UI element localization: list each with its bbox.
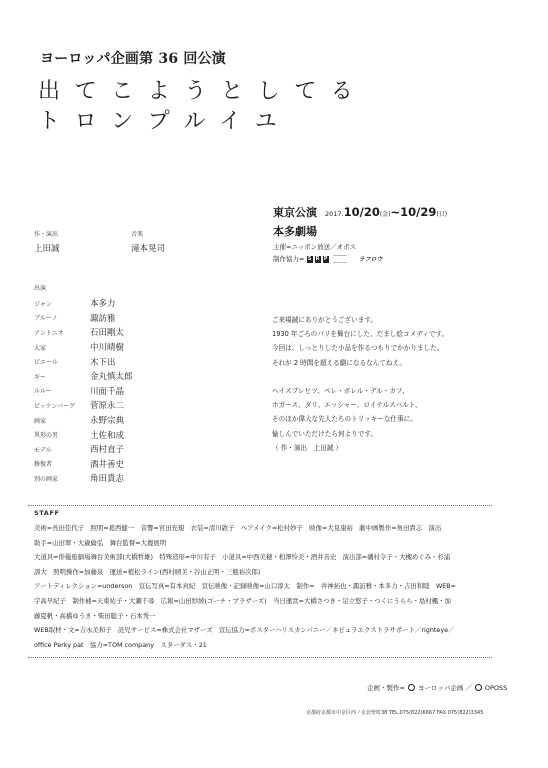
sponsor-script-logo: ラフロウ bbox=[359, 254, 383, 263]
producer-label: 企画・製作= bbox=[367, 683, 405, 692]
cast-name: 角田貴志 bbox=[90, 472, 124, 484]
cast-row: アントニオ石田剛太 bbox=[34, 325, 133, 340]
cast-row: 画家永野宗典 bbox=[34, 413, 133, 428]
cast-role: アントニオ bbox=[34, 328, 90, 337]
play-title-line-1: 出てこようとしてる bbox=[38, 74, 367, 105]
message-line: 今回は、しっとりした小品を作るつもりでかかりました。 bbox=[272, 341, 542, 355]
message-line: ヘイスブレヒツ、ペレ・ボレル・デル・カソ、 bbox=[272, 384, 542, 398]
cast-role: ピエール bbox=[34, 357, 90, 366]
cast-row: 異形の男土佐和成 bbox=[34, 427, 133, 442]
producer-separator: ／ bbox=[465, 683, 472, 692]
cast-name: 菅原永二 bbox=[90, 399, 124, 411]
cast-heading: 出演 bbox=[34, 283, 46, 292]
cooperation-label: 制作協力= bbox=[273, 255, 304, 263]
cast-row: ピエール木下出 bbox=[34, 354, 133, 369]
staff-heading: STAFF bbox=[34, 509, 60, 517]
cast-role: ブルーノ bbox=[34, 313, 90, 322]
message-line: 1930 年ごろのパリを舞台にした、だまし絵コメディです。 bbox=[272, 327, 542, 341]
start-date: 10/20 bbox=[344, 205, 380, 219]
staff-line: WEB取材・文=吉永美和子 託児サービス=株式会社マザーズ 宣伝協力=ポスターハ… bbox=[34, 623, 514, 638]
cast-name: 金丸慎太郎 bbox=[90, 370, 133, 382]
cast-list: ジャン本多力 ブルーノ諏訪雅 アントニオ石田剛太 大家中川晴樹 ピエール木下出 … bbox=[34, 296, 133, 486]
play-title-line-2: トロンプルイユ bbox=[38, 104, 291, 135]
music-label: 音楽 bbox=[131, 229, 165, 238]
europe-kikaku-logo-icon bbox=[408, 684, 415, 691]
organizer-text: 主催=ニッポン放送／オポス bbox=[273, 242, 533, 251]
message-line: 愉しんでいただけたら何よりです。 bbox=[272, 427, 542, 441]
staff-line: アートディレクション=underson 宣伝写真=有本真紀 宣伝映像・記録映像=… bbox=[34, 579, 514, 594]
staff-line: 訓大 照明操作=加藤泉 運送=植松ライン(西村晴美・谷山正明・三瓶裕次郎) bbox=[34, 565, 514, 580]
cast-row: ルルー川面千晶 bbox=[34, 384, 133, 399]
message-line: そのほか偉大な先人たちのトリッキーな仕事に。 bbox=[272, 412, 542, 426]
divider-bottom bbox=[28, 657, 492, 658]
staff-line: 藤夏帆・高橋ゆうき・柴田聡子・石本秀一 bbox=[34, 609, 514, 624]
cast-row: ギー金丸慎太郎 bbox=[34, 369, 133, 384]
cast-row: 大家中川晴樹 bbox=[34, 340, 133, 355]
divider-top bbox=[28, 505, 492, 506]
logo-letter-r: R bbox=[315, 256, 321, 263]
cast-name: 木下出 bbox=[90, 356, 116, 368]
cast-row: モデル西村直子 bbox=[34, 442, 133, 457]
director-label: 作・演出 bbox=[34, 229, 60, 238]
staff-line: 大道具=俳優座劇場舞台美術部(大橋哲雄) 特殊造形=中川有子 小道具=中西美穂・… bbox=[34, 550, 514, 565]
cast-role: ギー bbox=[34, 372, 90, 381]
producer-1: ヨーロッパ企画 bbox=[418, 683, 463, 692]
director-credit: 作・演出 上田誠 bbox=[34, 229, 60, 254]
cast-row: ピッケンバーグ菅原永二 bbox=[34, 398, 133, 413]
producer-2: OPOSS bbox=[485, 684, 507, 692]
cast-role: 別の画家 bbox=[34, 474, 90, 483]
performance-dates-row: 東京公演 2017. 10/20 (金) ~ 10/29 (日) bbox=[273, 204, 533, 220]
performance-info: 東京公演 2017. 10/20 (金) ~ 10/29 (日) 本多劇場 主催… bbox=[273, 204, 533, 263]
cast-name: 諏訪雅 bbox=[90, 312, 116, 324]
end-date: 10/29 bbox=[400, 205, 436, 219]
cast-row: 修復者酒井善史 bbox=[34, 457, 133, 472]
logo-letter-p: P bbox=[323, 256, 329, 263]
venue-name: 本多劇場 bbox=[273, 223, 533, 239]
oposs-logo-icon bbox=[475, 684, 482, 691]
staff-line: 美術=長田佳代子 照明=葛西健一 音響=宮田充規 衣装=清川敦子 ヘアメイク=松… bbox=[34, 521, 514, 536]
series-title: ヨーロッパ企画第 36 回公演 bbox=[40, 48, 226, 68]
staff-line: 宇高早紀子 制作補=天東祐子・大瀬千尋 広報=山田紗綾(ゴーチ・ブラザーズ) 当… bbox=[34, 594, 514, 609]
cast-name: 土佐和成 bbox=[90, 429, 124, 441]
staff-line: office Perky pat 協力=TOM company スターダス・21 bbox=[34, 638, 514, 653]
cast-role: 画家 bbox=[34, 416, 90, 425]
cooperation-row: 制作協力= S R P ラフロウ bbox=[273, 254, 533, 263]
srp-logo: S R P bbox=[307, 255, 347, 263]
end-day-of-week: (日) bbox=[436, 209, 447, 218]
message-signature: （ 作・演出 上田誠 ） bbox=[272, 441, 542, 455]
cast-name: 中川晴樹 bbox=[90, 341, 124, 353]
cast-name: 石田剛太 bbox=[90, 326, 124, 338]
paragraph-gap bbox=[272, 370, 542, 384]
cast-name: 西村直子 bbox=[90, 443, 124, 455]
cast-role: 異形の男 bbox=[34, 430, 90, 439]
cast-name: 酒井善史 bbox=[90, 458, 124, 470]
cast-role: ピッケンバーグ bbox=[34, 401, 90, 410]
sponsor-logo-grey bbox=[333, 255, 347, 263]
contact-address: 京都府京都市中京区西ノ京北聖町38 TEL.075(822)6667 FAX.0… bbox=[306, 709, 483, 716]
cast-role: 大家 bbox=[34, 343, 90, 352]
cast-row: ブルーノ諏訪雅 bbox=[34, 311, 133, 326]
staff-line: 助手=山田翠・大歳倫弘 舞台監督=大鹿展明 bbox=[34, 536, 514, 551]
cast-name: 川面千晶 bbox=[90, 385, 124, 397]
cast-name: 永野宗典 bbox=[90, 414, 124, 426]
cast-name: 本多力 bbox=[90, 297, 116, 309]
producer-credit: 企画・製作= ヨーロッパ企画 ／ OPOSS bbox=[367, 683, 507, 692]
cast-role: ジャン bbox=[34, 299, 90, 308]
staff-list: 美術=長田佳代子 照明=葛西健一 音響=宮田充規 衣装=清川敦子 ヘアメイク=松… bbox=[34, 521, 514, 652]
performance-city: 東京公演 bbox=[273, 204, 317, 220]
music-credit: 音楽 滝本晃司 bbox=[131, 229, 165, 254]
director-message: ご来場誠にありがとうございます。 1930 年ごろのパリを舞台にした、だまし絵コ… bbox=[272, 313, 542, 455]
logo-letter-s: S bbox=[307, 256, 313, 263]
cast-role: モデル bbox=[34, 445, 90, 454]
cast-row: 別の画家角田貴志 bbox=[34, 471, 133, 486]
music-name: 滝本晃司 bbox=[131, 242, 165, 254]
director-name: 上田誠 bbox=[34, 242, 60, 254]
cast-role: 修復者 bbox=[34, 459, 90, 468]
start-day-of-week: (金) bbox=[380, 209, 391, 218]
date-separator: ~ bbox=[391, 205, 401, 219]
cast-row: ジャン本多力 bbox=[34, 296, 133, 311]
message-line: それが 2 時間を超える劇になるなんてねえ。 bbox=[272, 356, 542, 370]
message-line: ホガース、ダリ、エッシャー、ロイテルスバルト、 bbox=[272, 398, 542, 412]
cast-role: ルルー bbox=[34, 386, 90, 395]
message-line: ご来場誠にありがとうございます。 bbox=[272, 313, 542, 327]
performance-year: 2017. bbox=[325, 210, 344, 218]
